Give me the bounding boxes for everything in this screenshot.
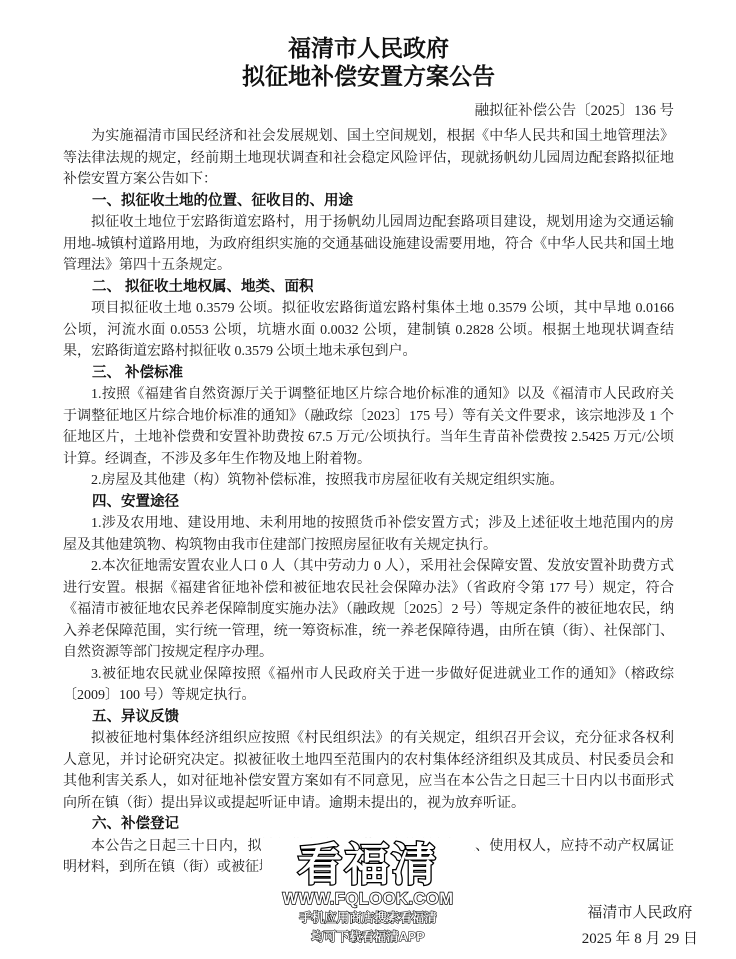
section-1-paragraph: 拟征收土地位于宏路街道宏路村，用于扬帆幼儿园周边配套路项目建设，规划用途为交通运… [63,212,674,277]
section-5-heading: 五、异议反馈 [63,707,674,729]
section-location-purpose: 一、拟征收土地的位置、征收目的、用途 拟征收土地位于宏路街道宏路村，用于扬帆幼儿… [63,191,674,277]
watermark: 看福清 WWW.FQLOOK.COM 手机应用商店搜索看福清 均可下载看福清AP… [262,838,474,952]
section-resettlement-approach: 四、安置途径 1.涉及农用地、建设用地、未利用地的按照货币补偿安置方式；涉及上述… [63,492,674,707]
section-4-paragraph-2: 2.本次征地需安置农业人口 0 人（其中劳动力 0 人），采用社会保障安置、发放… [63,556,674,664]
signature-block: 福清市人民政府 2025 年 8 月 29 日 [582,900,698,952]
watermark-url: WWW.FQLOOK.COM [266,890,470,908]
title-line-issuer: 福清市人民政府 [63,34,674,62]
section-2-heading: 二、 拟征收土地权属、地类、面积 [63,277,674,299]
section-compensation-standard: 三、 补偿标准 1.按照《福建省自然资源厅关于调整征地区片综合地价标准的通知》以… [63,363,674,492]
section-3-heading: 三、 补偿标准 [63,363,674,385]
watermark-brand-text: 看福清 [266,840,470,889]
signature-issuer: 福清市人民政府 [582,900,698,926]
section-3-paragraph-1: 1.按照《福建省自然资源厅关于调整征地区片综合地价标准的通知》以及《福清市人民政… [63,384,674,470]
section-5-paragraph: 拟被征地村集体经济组织应按照《村民组织法》的有关规定，组织召开会议，充分征求各权… [63,728,674,814]
title-line-subject: 拟征地补偿安置方案公告 [63,62,674,90]
document-title: 福清市人民政府 拟征地补偿安置方案公告 [63,34,674,90]
section-4-heading: 四、安置途径 [63,492,674,514]
intro-paragraph: 为实施福清市国民经济和社会发展规划、国土空间规划，根据《中华人民共和国土地管理法… [63,126,674,191]
watermark-tagline-1: 手机应用商店搜索看福清 [266,910,470,927]
section-objection-feedback: 五、异议反馈 拟被征地村集体经济组织应按照《村民组织法》的有关规定，组织召开会议… [63,707,674,815]
watermark-tagline-2: 均可下载看福清APP [266,929,470,946]
section-ownership-area: 二、 拟征收土地权属、地类、面积 项目拟征收土地 0.3579 公顷。拟征收宏路… [63,277,674,363]
signature-date: 2025 年 8 月 29 日 [582,926,698,952]
document-body: 福清市人民政府 拟征地补偿安置方案公告 融拟征补偿公告〔2025〕136 号 为… [0,0,736,879]
section-4-paragraph-1: 1.涉及农用地、建设用地、未利用地的按照货币补偿安置方式；涉及上述征收土地范围内… [63,513,674,556]
section-2-paragraph: 项目拟征收土地 0.3579 公顷。拟征收宏路街道宏路村集体土地 0.3579 … [63,298,674,363]
section-1-heading: 一、拟征收土地的位置、征收目的、用途 [63,191,674,213]
document-number: 融拟征补偿公告〔2025〕136 号 [63,101,674,121]
announcement-page: 福清市人民政府 拟征地补偿安置方案公告 融拟征补偿公告〔2025〕136 号 为… [0,0,736,959]
section-6-heading: 六、补偿登记 [63,814,674,836]
section-3-paragraph-2: 2.房屋及其他建（构）筑物补偿标准，按照我市房屋征收有关规定组织实施。 [63,470,674,492]
section-4-paragraph-3: 3.被征地农民就业保障按照《福州市人民政府关于进一步做好促进就业工作的通知》（榕… [63,664,674,707]
